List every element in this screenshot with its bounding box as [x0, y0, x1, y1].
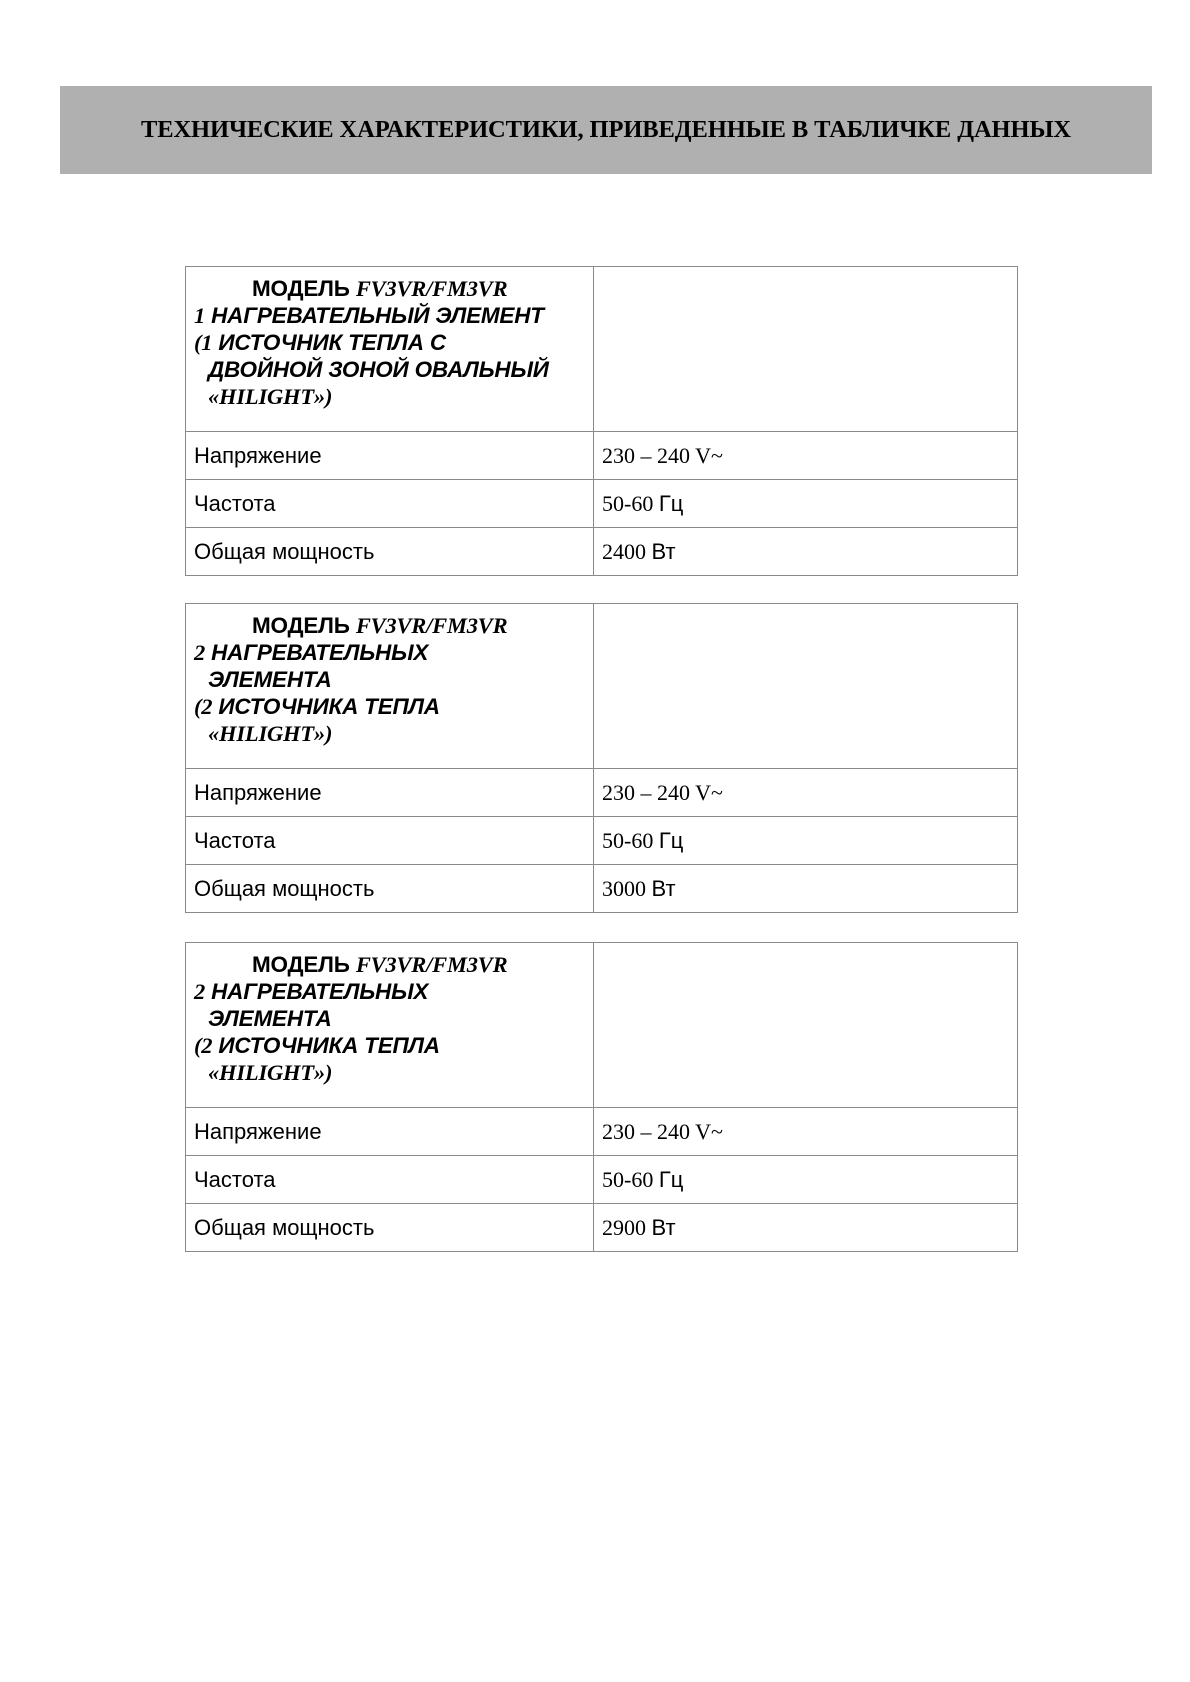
spec-table-2: МОДЕЛЬ FV3VR/FM3VR 2 НАГРЕВАТЕЛЬНЫХ ЭЛЕМ…	[185, 603, 1018, 913]
row-value: 230 – 240 V~	[594, 1108, 1018, 1156]
row-value: 2400 Вт	[594, 528, 1018, 576]
row-label: Частота	[186, 480, 594, 528]
section-title: ТЕХНИЧЕСКИЕ ХАРАКТЕРИСТИКИ, ПРИВЕДЕННЫЕ …	[141, 116, 1071, 144]
row-value: 50-60 Гц	[594, 480, 1018, 528]
spec-table-1: МОДЕЛЬ FV3VR/FM3VR 1 НАГРЕВАТЕЛЬНЫЙ ЭЛЕМ…	[185, 266, 1018, 576]
model-heading: МОДЕЛЬ FV3VR/FM3VR	[194, 951, 585, 978]
model-cell: МОДЕЛЬ FV3VR/FM3VR 2 НАГРЕВАТЕЛЬНЫХ ЭЛЕМ…	[186, 604, 594, 769]
row-label: Общая мощность	[186, 1204, 594, 1252]
row-value: 230 – 240 V~	[594, 432, 1018, 480]
model-desc-line: ДВОЙНОЙ ЗОНОЙ ОВАЛЬНЫЙ	[194, 356, 585, 383]
row-label: Общая мощность	[186, 528, 594, 576]
table-row: Напряжение 230 – 240 V~	[186, 432, 1018, 480]
model-desc-line: «HILIGHT»)	[194, 1059, 585, 1086]
row-value: 50-60 Гц	[594, 817, 1018, 865]
spec-table-3: МОДЕЛЬ FV3VR/FM3VR 2 НАГРЕВАТЕЛЬНЫХ ЭЛЕМ…	[185, 942, 1018, 1252]
model-value-cell	[594, 943, 1018, 1108]
model-desc-line: ЭЛЕМЕНТА	[194, 1005, 585, 1032]
row-value: 230 – 240 V~	[594, 769, 1018, 817]
model-cell: МОДЕЛЬ FV3VR/FM3VR 2 НАГРЕВАТЕЛЬНЫХ ЭЛЕМ…	[186, 943, 594, 1108]
model-desc-line: «HILIGHT»)	[194, 383, 585, 410]
model-desc-line: ЭЛЕМЕНТА	[194, 666, 585, 693]
model-row: МОДЕЛЬ FV3VR/FM3VR 2 НАГРЕВАТЕЛЬНЫХ ЭЛЕМ…	[186, 943, 1018, 1108]
table-row: Напряжение 230 – 240 V~	[186, 769, 1018, 817]
model-row: МОДЕЛЬ FV3VR/FM3VR 1 НАГРЕВАТЕЛЬНЫЙ ЭЛЕМ…	[186, 267, 1018, 432]
table-row: Частота 50-60 Гц	[186, 817, 1018, 865]
row-label: Общая мощность	[186, 865, 594, 913]
row-value: 50-60 Гц	[594, 1156, 1018, 1204]
model-heading: МОДЕЛЬ FV3VR/FM3VR	[194, 275, 585, 302]
model-desc-line: 2 НАГРЕВАТЕЛЬНЫХ	[194, 978, 585, 1005]
row-label: Частота	[186, 1156, 594, 1204]
table-row: Общая мощность 2900 Вт	[186, 1204, 1018, 1252]
model-desc-line: 2 НАГРЕВАТЕЛЬНЫХ	[194, 639, 585, 666]
model-cell: МОДЕЛЬ FV3VR/FM3VR 1 НАГРЕВАТЕЛЬНЫЙ ЭЛЕМ…	[186, 267, 594, 432]
model-row: МОДЕЛЬ FV3VR/FM3VR 2 НАГРЕВАТЕЛЬНЫХ ЭЛЕМ…	[186, 604, 1018, 769]
table-row: Частота 50-60 Гц	[186, 480, 1018, 528]
model-desc-line: 1 НАГРЕВАТЕЛЬНЫЙ ЭЛЕМЕНТ	[194, 302, 585, 329]
model-value-cell	[594, 267, 1018, 432]
row-value: 2900 Вт	[594, 1204, 1018, 1252]
table-row: Общая мощность 2400 Вт	[186, 528, 1018, 576]
model-desc-line: «HILIGHT»)	[194, 720, 585, 747]
row-label: Напряжение	[186, 1108, 594, 1156]
row-value: 3000 Вт	[594, 865, 1018, 913]
row-label: Напряжение	[186, 432, 594, 480]
model-desc-line: (2 ИСТОЧНИКА ТЕПЛА	[194, 693, 585, 720]
table-row: Напряжение 230 – 240 V~	[186, 1108, 1018, 1156]
table-row: Общая мощность 3000 Вт	[186, 865, 1018, 913]
row-label: Частота	[186, 817, 594, 865]
row-label: Напряжение	[186, 769, 594, 817]
model-value-cell	[594, 604, 1018, 769]
model-desc-line: (2 ИСТОЧНИКА ТЕПЛА	[194, 1032, 585, 1059]
model-heading: МОДЕЛЬ FV3VR/FM3VR	[194, 612, 585, 639]
table-row: Частота 50-60 Гц	[186, 1156, 1018, 1204]
model-desc-line: (1 ИСТОЧНИК ТЕПЛА С	[194, 329, 585, 356]
section-header-band: ТЕХНИЧЕСКИЕ ХАРАКТЕРИСТИКИ, ПРИВЕДЕННЫЕ …	[60, 86, 1152, 174]
